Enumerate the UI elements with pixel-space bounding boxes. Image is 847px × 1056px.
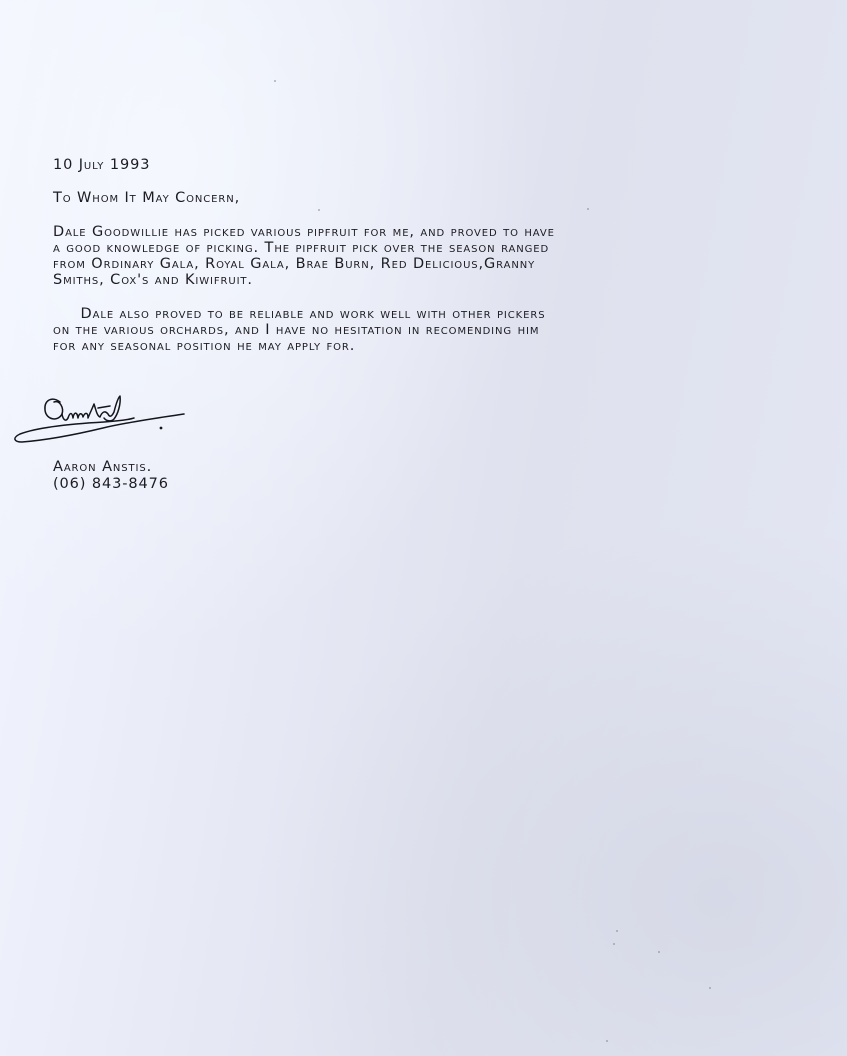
paragraph-2-line: Dale also proved to be reliable and work…: [53, 306, 813, 322]
paragraph-1-line-text: a good knowledge of picking. The pipfrui…: [53, 240, 549, 256]
signer-name: Aaron Anstis.: [53, 459, 169, 476]
paragraph-1-line: from Ordinary Gala, Royal Gala, Brae Bur…: [53, 256, 813, 272]
paragraph-1-line: a good knowledge of picking. The pipfrui…: [53, 240, 813, 256]
paragraph-2-line-text: on the various orchards, and I have no h…: [53, 322, 539, 338]
paragraph-1-line-text: Dale Goodwillie has picked various pipfr…: [53, 224, 555, 240]
paragraph-2-line-text: Dale also proved to be reliable and work…: [53, 306, 545, 322]
letter-body: 10 July 1993 To Whom It May Concern, Dal…: [53, 157, 813, 354]
date-text: 10 July 1993: [53, 157, 150, 173]
paper-speck: [613, 943, 615, 945]
paragraph-1-line-text: from Ordinary Gala, Royal Gala, Brae Bur…: [53, 256, 535, 272]
paper-speck: [709, 987, 711, 989]
paragraph-1: Dale Goodwillie has picked various pipfr…: [53, 224, 813, 288]
paper-speck: [318, 209, 320, 211]
letter-date: 10 July 1993: [53, 157, 813, 173]
signer-block: Aaron Anstis. (06) 843-8476: [53, 459, 169, 493]
signer-name-text: Aaron Anstis.: [53, 459, 152, 475]
signer-phone: (06) 843-8476: [53, 476, 169, 493]
salutation-text: To Whom It May Concern,: [53, 190, 240, 206]
signer-phone-text: (06) 843-8476: [53, 476, 169, 492]
paragraph-2-line: for any seasonal position he may apply f…: [53, 338, 813, 354]
salutation: To Whom It May Concern,: [53, 190, 813, 206]
paper-speck: [658, 951, 660, 953]
paragraph-2: Dale also proved to be reliable and work…: [53, 306, 813, 354]
paper-speck: [274, 80, 276, 82]
signature-icon: [8, 392, 188, 450]
paragraph-2-line: on the various orchards, and I have no h…: [53, 322, 813, 338]
paper-speck: [587, 208, 589, 210]
paragraph-1-line: Smiths, Cox's and Kiwifruit.: [53, 272, 813, 288]
paragraph-1-line: Dale Goodwillie has picked various pipfr…: [53, 224, 813, 240]
paragraph-2-line-text: for any seasonal position he may apply f…: [53, 338, 355, 354]
paragraph-1-line-text: Smiths, Cox's and Kiwifruit.: [53, 272, 253, 288]
paper-speck: [606, 1040, 608, 1042]
paper-speck: [616, 930, 618, 932]
